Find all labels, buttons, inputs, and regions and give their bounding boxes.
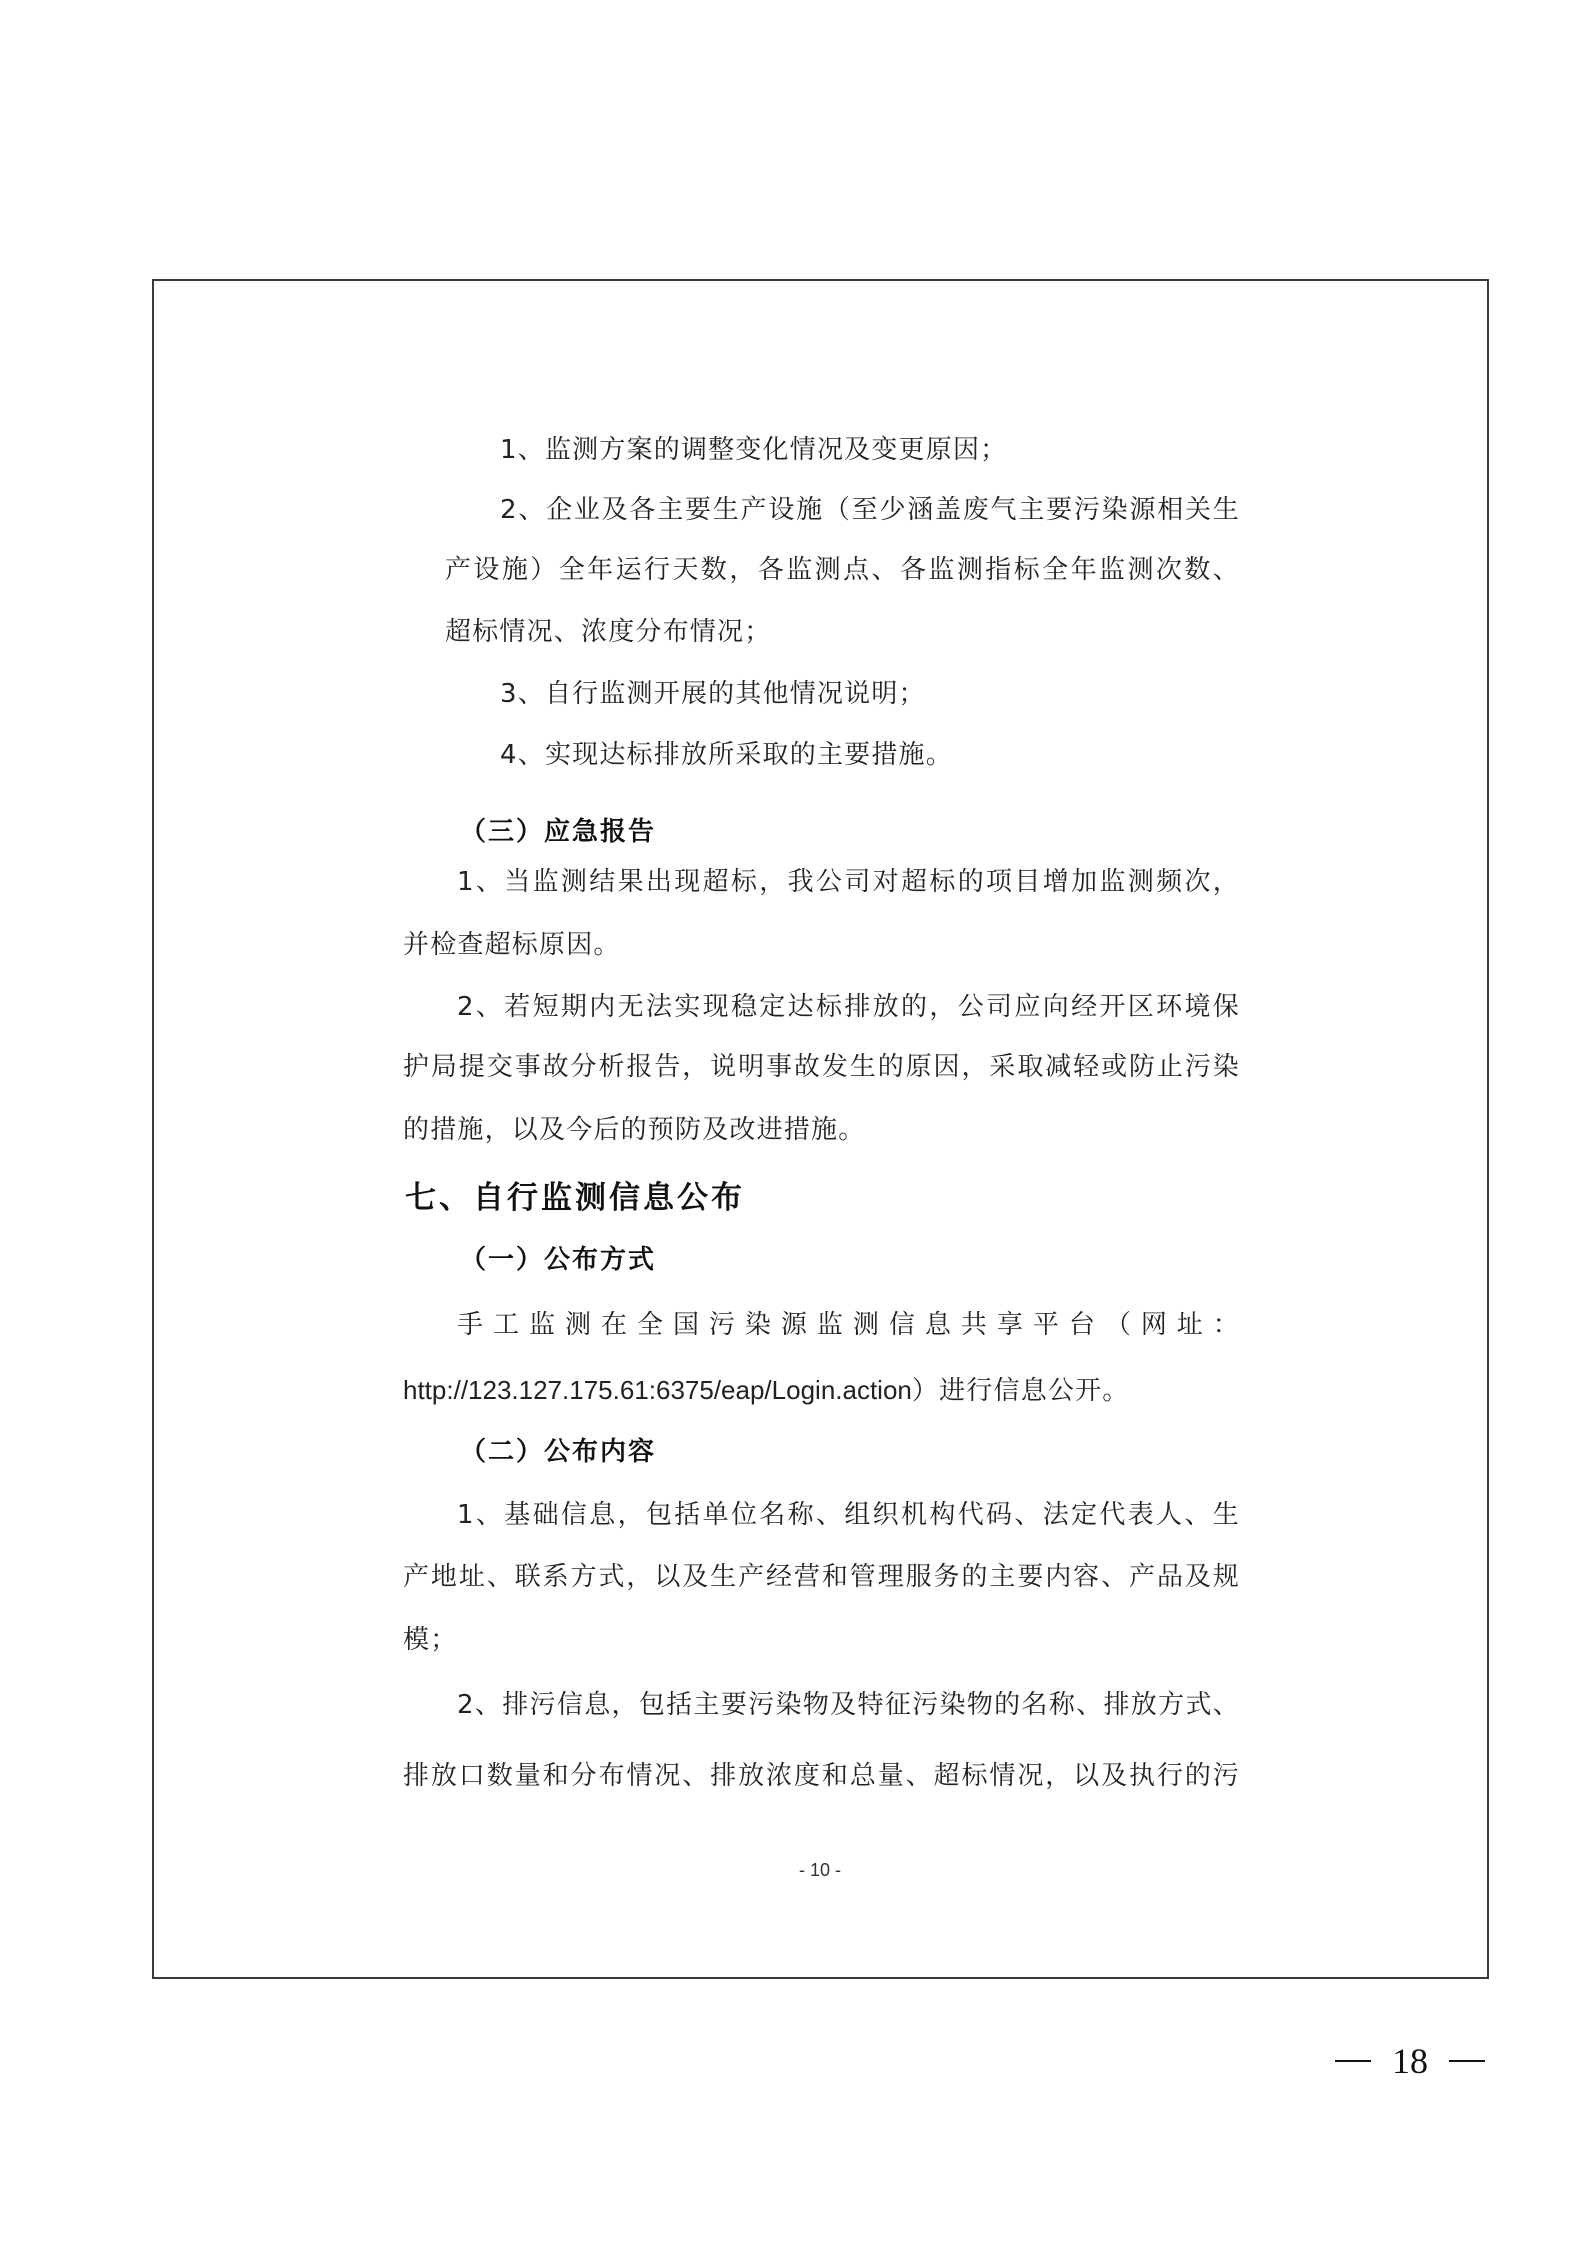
publish-content-line-1: 1、基础信息，包括单位名称、组织机构代码、法定代表人、生 [457, 1498, 1240, 1532]
report-item-4: 4、实现达标排放所采取的主要措施。 [500, 738, 953, 772]
publish-method-suffix: ）进行信息公开。 [912, 1376, 1130, 1406]
publish-content-line-2: 产地址、联系方式，以及生产经营和管理服务的主要内容、产品及规 [403, 1560, 1240, 1594]
report-item-2-cont2: 超标情况、浓度分布情况； [445, 615, 771, 649]
emergency-line-5: 的措施，以及今后的预防及改进措施。 [403, 1113, 865, 1147]
publish-content-line-4: 2、排污信息，包括主要污染物及特征污染物的名称、排放方式、 [457, 1688, 1240, 1722]
emergency-heading: （三）应急报告 [460, 815, 656, 849]
publish-method-line-2: http://123.127.175.61:6375/eap/Login.act… [403, 1373, 1130, 1408]
publish-method-heading: （一）公布方式 [460, 1243, 656, 1277]
emergency-line-1: 1、当监测结果出现超标，我公司对超标的项目增加监测频次， [457, 865, 1240, 899]
emergency-line-2: 并检查超标原因。 [403, 928, 621, 962]
report-item-1: 1、监测方案的调整变化情况及变更原因； [500, 433, 1007, 467]
publish-content-line-3: 模； [403, 1623, 457, 1657]
platform-url-link[interactable]: http://123.127.175.61:6375/eap/Login.act… [403, 1375, 912, 1405]
section-7-heading: 七、自行监测信息公布 [405, 1181, 745, 1215]
report-item-3: 3、自行监测开展的其他情况说明； [500, 677, 926, 711]
emergency-line-4: 护局提交事故分析报告，说明事故发生的原因，采取减轻或防止污染 [403, 1050, 1240, 1084]
dash-left [1335, 2060, 1371, 2062]
outer-page-number: 18 [1335, 2040, 1485, 2082]
dash-right [1449, 2060, 1485, 2062]
publish-content-line-5: 排放口数量和分布情况、排放浓度和总量、超标情况，以及执行的污 [403, 1759, 1240, 1793]
emergency-line-3: 2、若短期内无法实现稳定达标排放的，公司应向经开区环境保 [457, 990, 1240, 1024]
report-item-2: 2、企业及各主要生产设施（至少涵盖废气主要污染源相关生 [500, 493, 1240, 527]
outer-page-number-value: 18 [1392, 2040, 1428, 2082]
publish-content-heading: （二）公布内容 [460, 1435, 656, 1469]
publish-method-line-1: 手工监测在全国污染源监测信息共享平台（网址： [457, 1308, 1240, 1342]
report-item-2-cont: 产设施）全年运行天数，各监测点、各监测指标全年监测次数、 [445, 553, 1240, 587]
inner-page-number: - 10 - [0, 1860, 1587, 1881]
